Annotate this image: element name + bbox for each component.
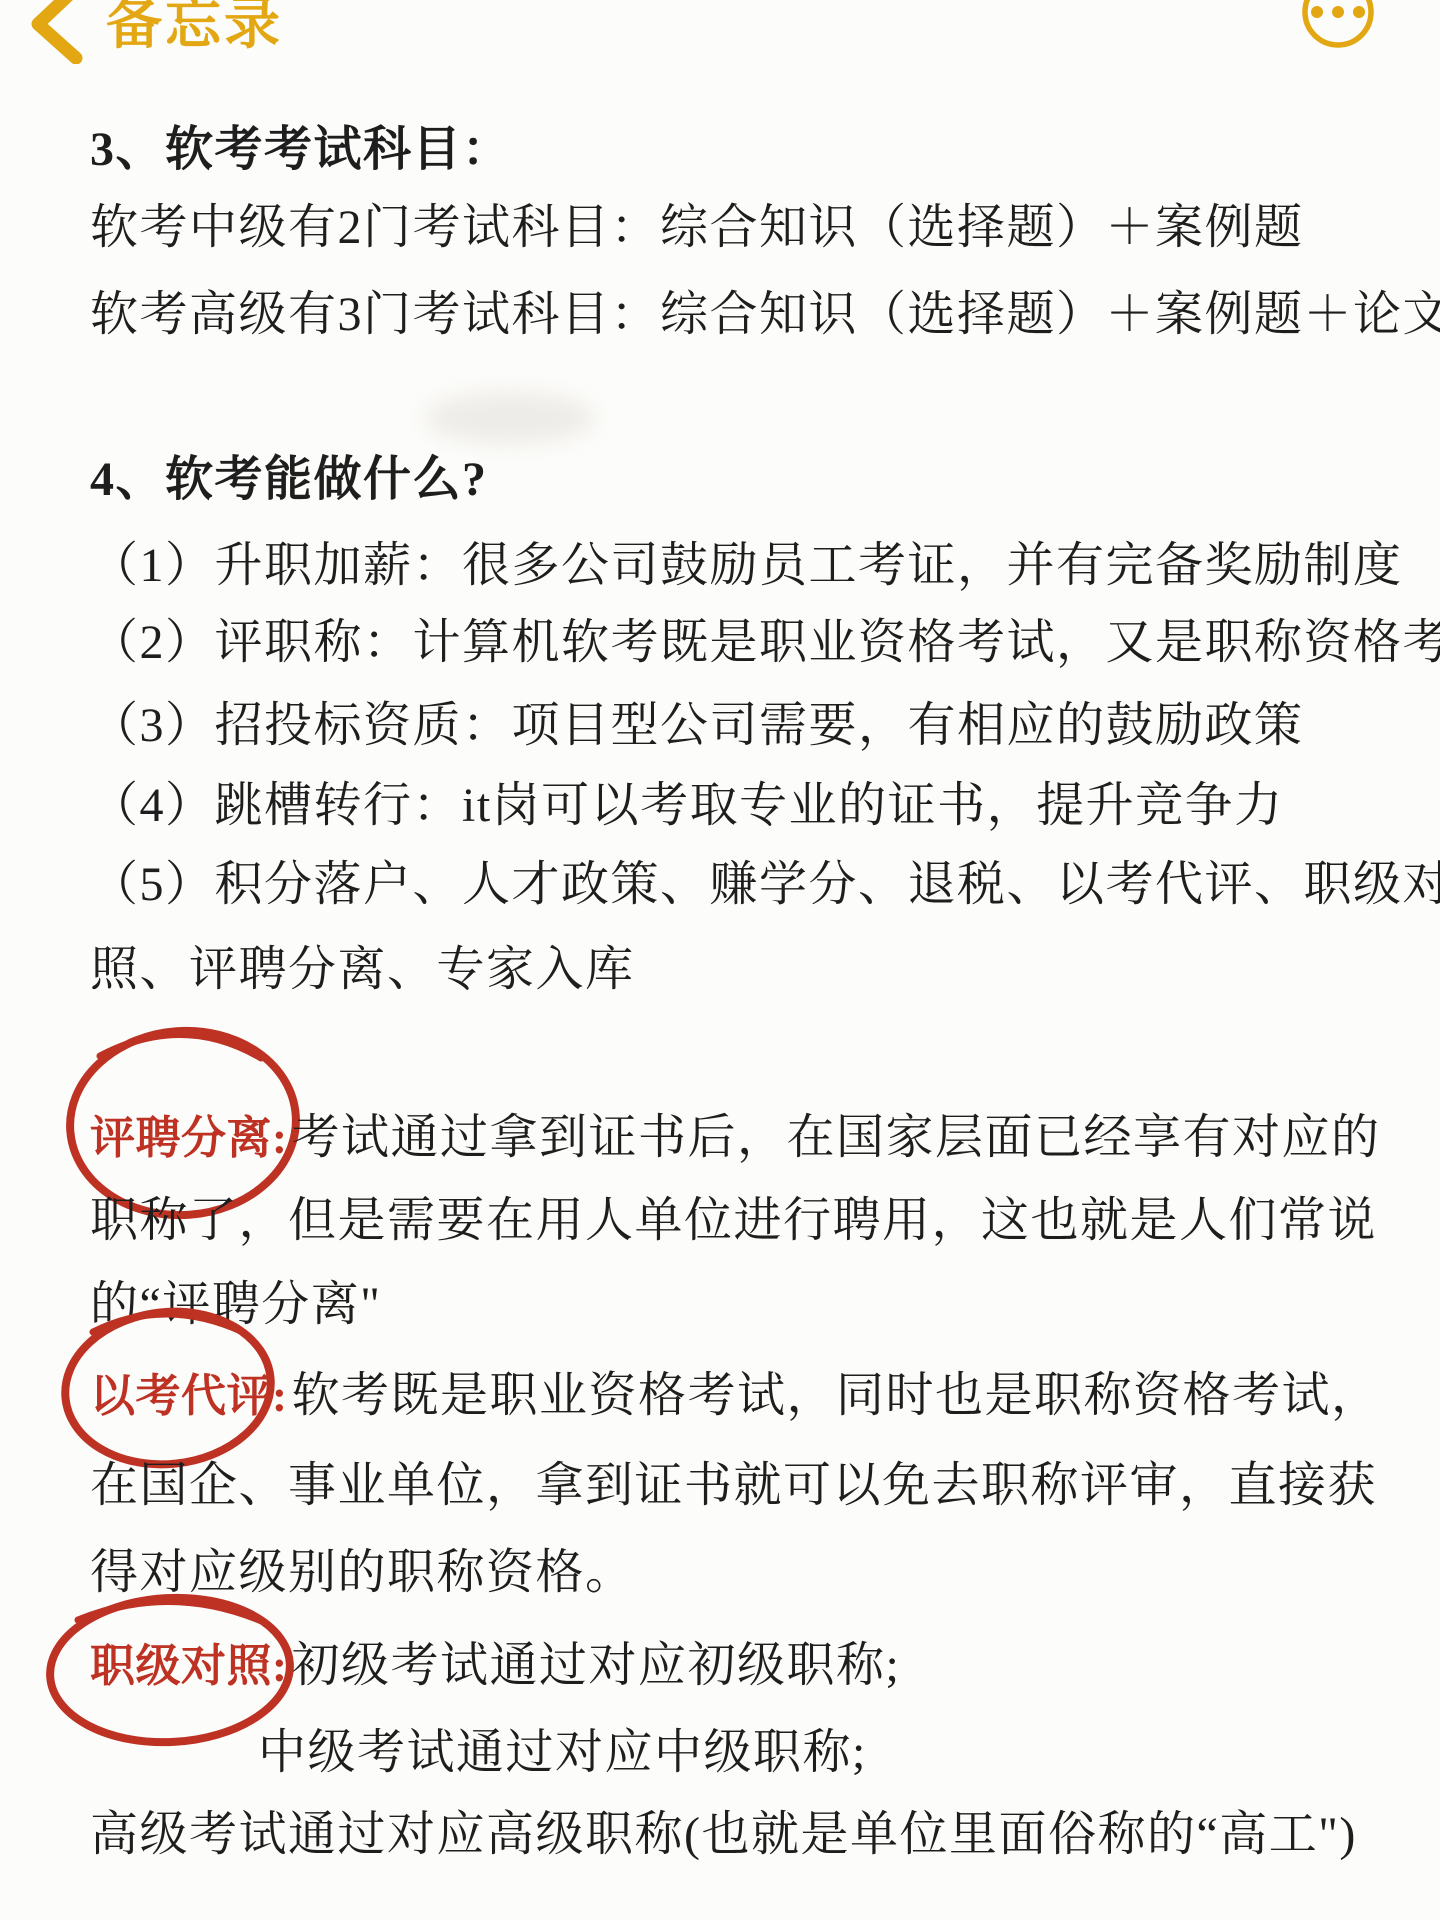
note-line: 软考高级有3门考试科目：综合知识（选择题）＋案例题＋论文 — [90, 284, 1440, 346]
note-line: 在国企、事业单位，拿到证书就可以免去职称评审，直接获 — [90, 1455, 1377, 1517]
section-heading: 3、软考考试科目： — [90, 119, 512, 181]
note-line: （3）招投标资质：项目型公司需要，有相应的鼓励政策 — [90, 695, 1304, 757]
watermark-smudge — [425, 392, 595, 444]
annotation-label: 以考代评: — [90, 1371, 292, 1421]
annotation-text: 考试通过拿到证书后，在国家层面已经享有对应的 — [292, 1111, 1381, 1164]
note-line: （5）积分落户、人才政策、赚学分、退税、以考代评、职级对 — [90, 854, 1440, 916]
note-line: （4）跳槽转行：it岗可以考取专业的证书，提升竞争力 — [90, 775, 1284, 837]
annotation-line: 以考代评:软考既是职业资格考试，同时也是职称资格考试， — [90, 1365, 1381, 1427]
section-heading: 4、软考能做什么? — [90, 449, 488, 511]
note-line: 软考中级有2门考试科目：综合知识（选择题）＋案例题 — [90, 197, 1304, 259]
annotation-line: 职级对照:初级考试通过对应初级职称; — [90, 1635, 900, 1697]
note-line: 中级考试通过对应中级职称; — [258, 1722, 867, 1784]
note-line: 得对应级别的职称资格。 — [90, 1542, 635, 1604]
note-line: 的“评聘分离" — [90, 1274, 381, 1336]
annotation-text: 初级考试通过对应初级职称; — [292, 1639, 901, 1692]
note-line: （2）评职称：计算机软考既是职业资格考试，又是职称资格考试 — [90, 612, 1440, 674]
annotation-label: 职级对照: — [90, 1641, 292, 1691]
note-line: 照、评聘分离、专家入库 — [90, 939, 635, 1001]
note-line: 高级考试通过对应高级职称(也就是单位里面俗称的“高工") — [90, 1804, 1357, 1866]
note-line: （1）升职加薪：很多公司鼓励员工考证，并有完备奖励制度 — [90, 535, 1403, 597]
note-content[interactable]: 3、软考考试科目： 软考中级有2门考试科目：综合知识（选择题）＋案例题 软考高级… — [0, 0, 1440, 1920]
note-line: 职称了，但是需要在用人单位进行聘用，这也就是人们常说 — [90, 1190, 1377, 1252]
annotation-label: 评聘分离: — [90, 1113, 292, 1163]
annotation-line: 评聘分离:考试通过拿到证书后，在国家层面已经享有对应的 — [90, 1107, 1381, 1169]
annotation-text: 软考既是职业资格考试，同时也是职称资格考试， — [292, 1369, 1381, 1422]
